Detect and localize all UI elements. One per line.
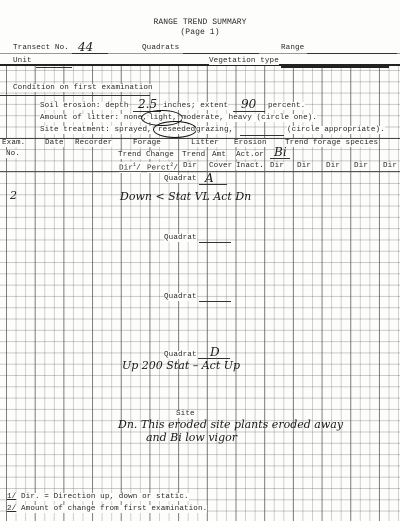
site-note-line2[interactable]: and Bi low vigor (146, 431, 237, 444)
species-dir-1: Dir (270, 162, 284, 170)
inches-label: inches; extent (163, 102, 228, 110)
percent-label: percent. (268, 102, 305, 110)
col-forage: Forage (133, 139, 161, 147)
footnote-2: 2/ Amount of change from first examinati… (7, 505, 207, 513)
col-exam: Exam. (2, 139, 25, 147)
quadrats-label: Quadrats (142, 44, 179, 52)
soil-erosion-label: Soil erosion: depth (40, 102, 128, 110)
exam-number[interactable]: 2 (10, 189, 17, 202)
quadrat-c-label: Quadrat (164, 293, 197, 301)
col-trend-change: Trend Change (118, 151, 174, 159)
col-recorder: Recorder (75, 139, 112, 147)
quadrat-a-field (199, 184, 227, 185)
site-note-line1[interactable]: Dn. This eroded site plants eroded away (118, 418, 343, 431)
quadrat-b-label: Quadrat (164, 234, 197, 242)
treatment-circle-mark (153, 121, 197, 138)
quadrat-c-field[interactable] (199, 301, 231, 302)
transect-value[interactable]: 44 (78, 40, 93, 54)
range-field[interactable] (307, 53, 397, 54)
litter-options-rest: moderate, heavy (circle one). (182, 114, 317, 122)
col-litter-trend: Trend (182, 151, 205, 159)
range-trend-summary-form: RANGE TREND SUMMARY (Page 1) Transect No… (0, 0, 400, 521)
quadrat-d-label: Quadrat (164, 351, 197, 359)
col-cover: Cover (209, 162, 232, 170)
quadrat-a-entry[interactable]: Down < Stat VL Act Dn (120, 190, 251, 203)
col-erosion: Erosion (234, 139, 267, 147)
condition-heading: Condition on first examination (13, 84, 153, 92)
treatment-suffix: (circle appropriate). (287, 126, 385, 134)
range-label: Range (281, 44, 304, 52)
quadrat-d-entry[interactable]: Up 200 Stat – Act Up (122, 359, 240, 372)
transect-label: Transect No. (13, 44, 69, 52)
site-label: Site (176, 410, 195, 418)
unit-field[interactable] (36, 67, 72, 68)
col-amt: Amt (212, 151, 226, 159)
vegetation-field[interactable] (281, 66, 389, 68)
graph-paper-grid (0, 66, 400, 521)
litter-label: Amount of litter: none, (40, 114, 147, 122)
species-dir-2: Dir (297, 162, 311, 170)
condition-rule (0, 95, 150, 96)
quadrat-d-value[interactable]: D (210, 345, 220, 359)
col-no: No. (6, 150, 20, 158)
extent-value[interactable]: 90 (241, 97, 256, 111)
footnote-1: 1/ Dir. = Direction up, down or static. (7, 493, 189, 501)
form-subtitle: (Page 1) (0, 28, 400, 37)
soil-depth-value[interactable]: 2.5 (138, 97, 157, 111)
species-dir-4: Dir (354, 162, 368, 170)
species-dir-5: Dir (383, 162, 397, 170)
site-treatment-label: Site treatment: sprayed, (40, 126, 152, 134)
quadrat-b-field[interactable] (199, 242, 231, 243)
vegetation-label: Vegetation type (209, 57, 279, 65)
col-date: Date (45, 139, 64, 147)
transect-field-line (72, 53, 108, 54)
columns-bottom-rule (0, 171, 400, 172)
extent-field (233, 111, 265, 112)
species-code-field (270, 158, 290, 159)
quadrat-a-value[interactable]: A (205, 171, 214, 185)
col-act-or: Act.or (236, 151, 264, 159)
species-dir-3: Dir (326, 162, 340, 170)
col-inact: Inact. (236, 162, 264, 170)
col-litter-dir: Dir (183, 162, 197, 170)
treatment-grazing[interactable]: grazing, (196, 126, 233, 134)
form-title: RANGE TREND SUMMARY (0, 18, 400, 27)
treatment-other-field[interactable] (240, 135, 284, 136)
col-trend-forage-species: Trend forage species (285, 139, 378, 147)
species-code-bi[interactable]: Bi (274, 145, 287, 159)
quadrats-field[interactable] (183, 53, 259, 54)
col-litter: Litter (191, 139, 219, 147)
quadrat-a-label: Quadrat (164, 175, 197, 183)
